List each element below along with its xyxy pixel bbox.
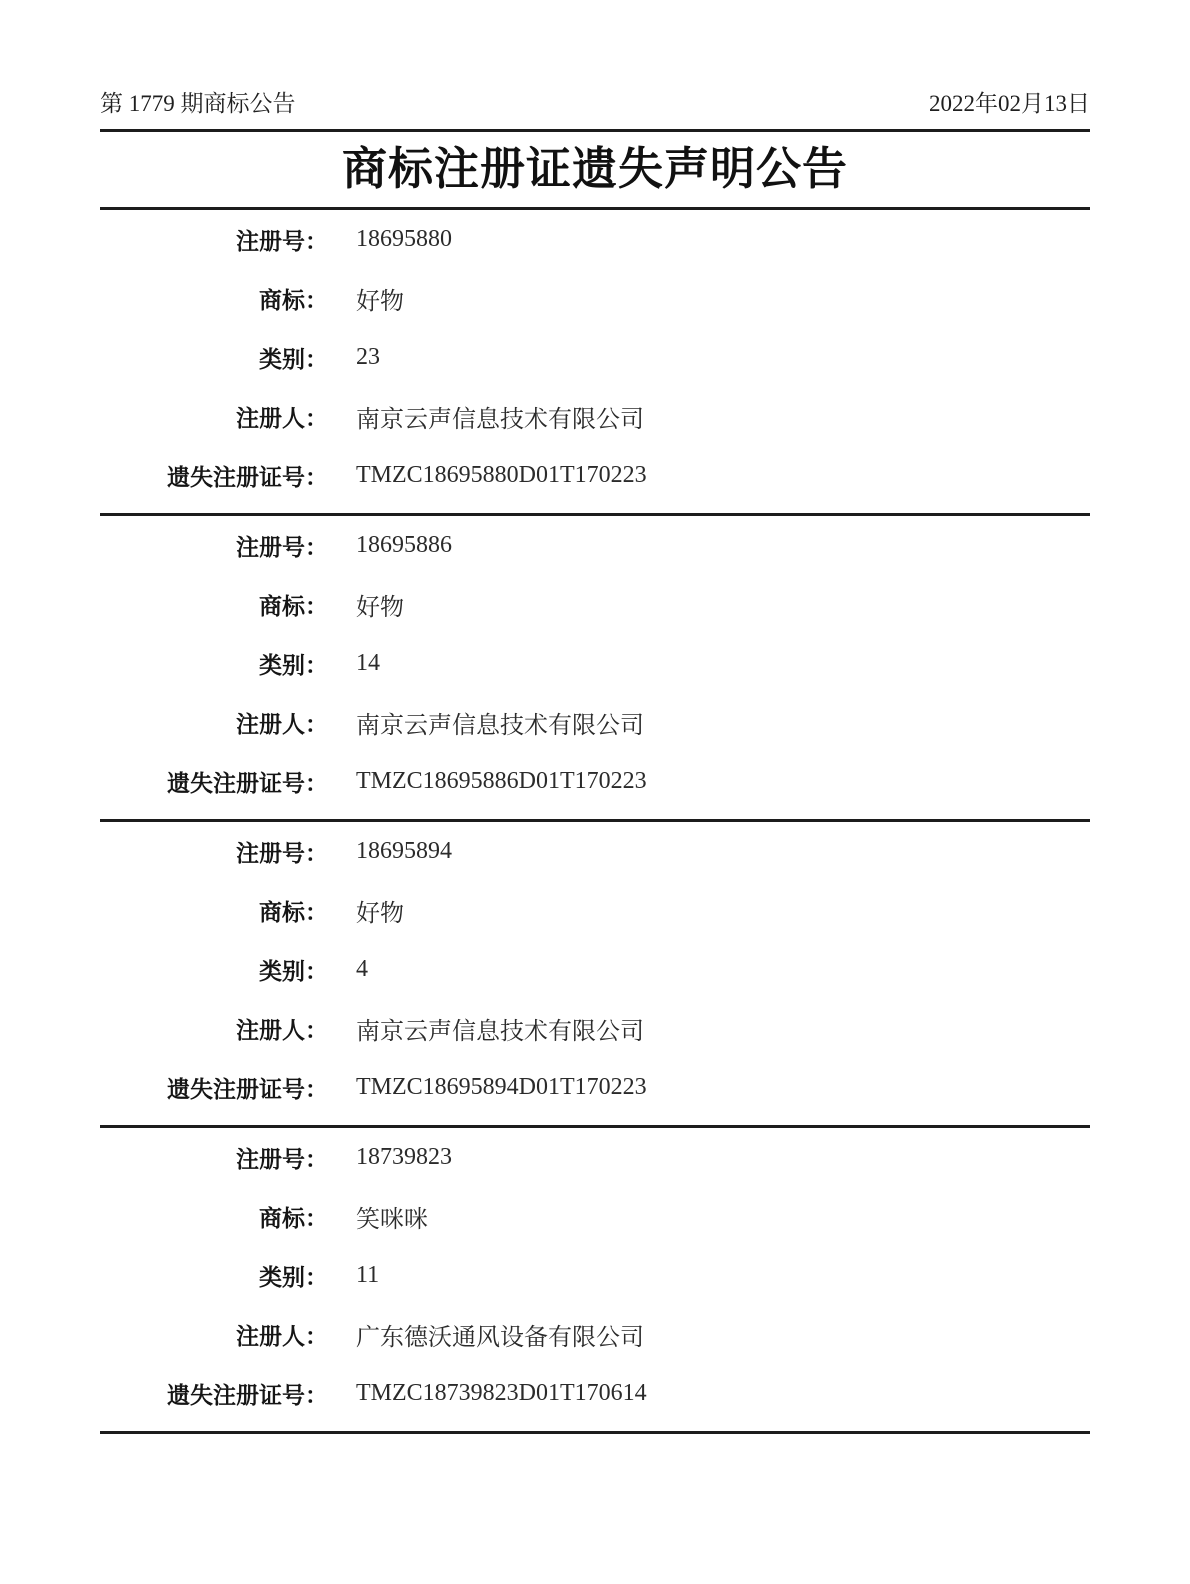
field-value-registrant: 南京云声信息技术有限公司	[356, 1011, 644, 1046]
field-value-category: 23	[356, 344, 380, 371]
field-label-registrant: 注册人：	[100, 1318, 328, 1351]
field-row-lost-cert-no: 遗失注册证号： TMZC18695894D01T170223	[100, 1058, 1090, 1117]
field-label-reg-no: 注册号：	[100, 223, 328, 256]
trademark-record: 注册号： 18695880 商标： 好物 类别： 23 注册人： 南京云声信息技…	[100, 210, 1090, 516]
field-row-trademark: 商标： 好物	[100, 269, 1090, 328]
trademark-record: 注册号： 18739823 商标： 笑咪咪 类别： 11 注册人： 广东德沃通风…	[100, 1128, 1090, 1434]
field-row-lost-cert-no: 遗失注册证号： TMZC18695886D01T170223	[100, 752, 1090, 811]
page-title: 商标注册证遗失声明公告	[100, 145, 1090, 193]
field-value-category: 14	[356, 650, 380, 677]
field-value-reg-no: 18739823	[356, 1144, 452, 1171]
field-row-reg-no: 注册号： 18695894	[100, 822, 1090, 881]
field-row-reg-no: 注册号： 18739823	[100, 1128, 1090, 1187]
field-row-lost-cert-no: 遗失注册证号： TMZC18695880D01T170223	[100, 446, 1090, 505]
field-value-lost-cert-no: TMZC18739823D01T170614	[356, 1380, 647, 1407]
field-value-category: 11	[356, 1262, 379, 1289]
field-row-category: 类别： 4	[100, 940, 1090, 999]
field-row-registrant: 注册人： 广东德沃通风设备有限公司	[100, 1305, 1090, 1364]
field-label-category: 类别：	[100, 341, 328, 374]
field-label-lost-cert-no: 遗失注册证号：	[100, 1377, 328, 1410]
field-value-category: 4	[356, 956, 368, 983]
field-value-lost-cert-no: TMZC18695886D01T170223	[356, 768, 647, 795]
field-label-registrant: 注册人：	[100, 706, 328, 739]
field-value-reg-no: 18695880	[356, 226, 452, 253]
field-row-trademark: 商标： 笑咪咪	[100, 1187, 1090, 1246]
field-value-registrant: 南京云声信息技术有限公司	[356, 399, 644, 434]
document-page: 第 1779 期商标公告 2022年02月13日 商标注册证遗失声明公告 注册号…	[0, 0, 1190, 1584]
field-label-category: 类别：	[100, 1259, 328, 1292]
field-label-trademark: 商标：	[100, 894, 328, 927]
field-value-reg-no: 18695886	[356, 532, 452, 559]
field-row-reg-no: 注册号： 18695886	[100, 516, 1090, 575]
page-header: 第 1779 期商标公告 2022年02月13日	[100, 90, 1090, 118]
field-value-reg-no: 18695894	[356, 838, 452, 865]
field-row-category: 类别： 14	[100, 634, 1090, 693]
header-divider	[100, 129, 1090, 132]
field-label-lost-cert-no: 遗失注册证号：	[100, 765, 328, 798]
field-row-category: 类别： 23	[100, 328, 1090, 387]
field-value-trademark: 好物	[356, 281, 404, 316]
field-value-registrant: 南京云声信息技术有限公司	[356, 705, 644, 740]
field-row-trademark: 商标： 好物	[100, 881, 1090, 940]
field-label-registrant: 注册人：	[100, 1012, 328, 1045]
publication-date: 2022年02月13日	[929, 90, 1090, 118]
gazette-issue-label: 第 1779 期商标公告	[100, 90, 296, 118]
field-row-registrant: 注册人： 南京云声信息技术有限公司	[100, 387, 1090, 446]
field-row-reg-no: 注册号： 18695880	[100, 210, 1090, 269]
field-value-registrant: 广东德沃通风设备有限公司	[356, 1317, 644, 1352]
trademark-record: 注册号： 18695886 商标： 好物 类别： 14 注册人： 南京云声信息技…	[100, 516, 1090, 822]
field-row-category: 类别： 11	[100, 1246, 1090, 1305]
field-label-category: 类别：	[100, 953, 328, 986]
field-label-reg-no: 注册号：	[100, 529, 328, 562]
field-label-reg-no: 注册号：	[100, 1141, 328, 1174]
field-label-lost-cert-no: 遗失注册证号：	[100, 1071, 328, 1104]
field-value-trademark: 笑咪咪	[356, 1199, 428, 1234]
field-row-registrant: 注册人： 南京云声信息技术有限公司	[100, 693, 1090, 752]
trademark-record: 注册号： 18695894 商标： 好物 类别： 4 注册人： 南京云声信息技术…	[100, 822, 1090, 1128]
field-value-trademark: 好物	[356, 893, 404, 928]
field-label-lost-cert-no: 遗失注册证号：	[100, 459, 328, 492]
field-row-trademark: 商标： 好物	[100, 575, 1090, 634]
field-value-trademark: 好物	[356, 587, 404, 622]
field-row-registrant: 注册人： 南京云声信息技术有限公司	[100, 999, 1090, 1058]
field-value-lost-cert-no: TMZC18695894D01T170223	[356, 1074, 647, 1101]
field-label-category: 类别：	[100, 647, 328, 680]
field-row-lost-cert-no: 遗失注册证号： TMZC18739823D01T170614	[100, 1364, 1090, 1423]
field-label-registrant: 注册人：	[100, 400, 328, 433]
field-label-trademark: 商标：	[100, 1200, 328, 1233]
field-label-trademark: 商标：	[100, 282, 328, 315]
field-label-trademark: 商标：	[100, 588, 328, 621]
field-label-reg-no: 注册号：	[100, 835, 328, 868]
field-value-lost-cert-no: TMZC18695880D01T170223	[356, 462, 647, 489]
